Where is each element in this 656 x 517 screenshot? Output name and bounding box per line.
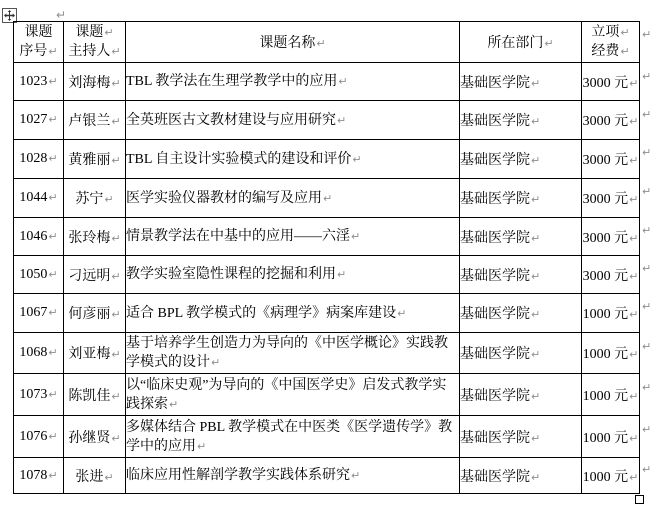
dept-value: 基础医学院	[460, 431, 530, 446]
leader-value: 黄雅丽	[68, 153, 110, 168]
header-fund[interactable]: 立项↵ 经费↵	[582, 22, 640, 63]
dept-value: 基础医学院	[460, 192, 530, 207]
row-end-marker-icon: ↵	[642, 423, 651, 436]
cell-fund[interactable]: 1000 元↵	[582, 458, 640, 494]
seq-value: 1067	[19, 305, 47, 320]
table-row: 1067↵ 何彦丽↵ 适合 BPL 教学模式的《病理学》病案库建设↵ 基础医学院…	[14, 294, 640, 333]
cell-leader[interactable]: 刘亚梅↵	[64, 333, 126, 374]
fund-value: 3000 元	[583, 114, 629, 129]
name-value: 医学实验仪器教材的编写及应用	[126, 191, 322, 206]
cell-fund[interactable]: 3000 元↵	[582, 256, 640, 294]
cell-dept[interactable]: 基础医学院↵	[460, 256, 582, 294]
cell-seq[interactable]: 1076↵	[14, 416, 64, 458]
dept-value: 基础医学院	[460, 114, 530, 129]
cell-name[interactable]: TBL 自主设计实验模式的建设和评价↵	[126, 140, 460, 179]
cell-end-marker-icon: ↵	[48, 268, 57, 281]
cell-fund[interactable]: 3000 元↵	[582, 218, 640, 256]
cell-end-marker-icon: ↵	[323, 192, 332, 205]
cell-end-marker-icon: ↵	[211, 356, 220, 369]
cell-name[interactable]: 多媒体结合 PBL 教学模式在中医类《医学遗传学》教学中的应用↵	[126, 416, 460, 458]
leader-value: 刘海梅	[68, 76, 110, 91]
seq-value: 1050	[19, 267, 47, 282]
header-seq-line2: 序号	[19, 44, 47, 59]
seq-value: 1023	[19, 74, 47, 89]
cell-fund[interactable]: 3000 元↵	[582, 179, 640, 218]
cell-end-marker-icon: ↵	[104, 193, 113, 206]
cell-seq[interactable]: 1050↵	[14, 256, 64, 294]
cell-dept[interactable]: 基础医学院↵	[460, 218, 582, 256]
fund-value: 3000 元	[583, 269, 629, 284]
fund-value: 1000 元	[583, 470, 629, 485]
cell-end-marker-icon: ↵	[48, 388, 57, 401]
leader-value: 卢银兰	[68, 114, 110, 129]
leader-value: 刁远明	[68, 269, 110, 284]
header-dept[interactable]: 所在部门↵	[460, 22, 582, 63]
cell-fund[interactable]: 1000 元↵	[582, 294, 640, 333]
header-leader-line2: 主持人	[68, 44, 110, 59]
cell-end-marker-icon: ↵	[48, 152, 57, 165]
cell-end-marker-icon: ↵	[48, 113, 57, 126]
name-value: TBL 自主设计实验模式的建设和评价	[126, 152, 351, 167]
cell-seq[interactable]: 1028↵	[14, 140, 64, 179]
seq-value: 1044	[19, 190, 47, 205]
table-row: 1073↵ 陈凯佳↵ 以“临床史观”为导向的《中国医学史》启发式教学实践探索↵ …	[14, 374, 640, 416]
cell-end-marker-icon: ↵	[531, 432, 540, 445]
cell-end-marker-icon: ↵	[352, 153, 361, 166]
table-header-row: 课题 序号↵ 课题↵ 主持人↵ 课题名称↵ 所在部门↵ 立项↵ 经费↵	[14, 22, 640, 63]
cell-end-marker-icon: ↵	[48, 430, 57, 443]
cell-leader[interactable]: 陈凯佳↵	[64, 374, 126, 416]
cell-name[interactable]: 全英班医古文教材建设与应用研究↵	[126, 101, 460, 140]
cell-end-marker-icon: ↵	[111, 270, 120, 283]
row-end-marker-icon: ↵	[642, 340, 651, 353]
cell-leader[interactable]: 黄雅丽↵	[64, 140, 126, 179]
move-arrows-icon	[4, 10, 15, 21]
dept-value: 基础医学院	[460, 307, 530, 322]
fund-value: 1000 元	[583, 431, 629, 446]
paragraph-mark-icon: ↵	[56, 8, 66, 22]
cell-seq[interactable]: 1068↵	[14, 333, 64, 374]
cell-dept[interactable]: 基础医学院↵	[460, 140, 582, 179]
cell-dept[interactable]: 基础医学院↵	[460, 294, 582, 333]
table-row: 1076↵ 孙继贤↵ 多媒体结合 PBL 教学模式在中医类《医学遗传学》教学中的…	[14, 416, 640, 458]
header-seq[interactable]: 课题 序号↵	[14, 22, 64, 63]
fund-value: 1000 元	[583, 389, 629, 404]
cell-end-marker-icon: ↵	[629, 193, 638, 206]
dept-value: 基础医学院	[460, 76, 530, 91]
cell-end-marker-icon: ↵	[338, 75, 347, 88]
cell-end-marker-icon: ↵	[169, 398, 178, 411]
fund-value: 3000 元	[583, 153, 629, 168]
row-end-marker-icon: ↵	[642, 262, 651, 275]
leader-value: 孙继贤	[68, 431, 110, 446]
cell-end-marker-icon: ↵	[629, 115, 638, 128]
fund-value: 3000 元	[583, 192, 629, 207]
dept-value: 基础医学院	[460, 231, 530, 246]
cell-end-marker-icon: ↵	[629, 77, 638, 90]
cell-dept[interactable]: 基础医学院↵	[460, 101, 582, 140]
cell-end-marker-icon: ↵	[531, 270, 540, 283]
cell-end-marker-icon: ↵	[629, 308, 638, 321]
leader-value: 何彦丽	[68, 307, 110, 322]
cell-end-marker-icon: ↵	[531, 154, 540, 167]
table-row: 1044↵ 苏宁↵ 医学实验仪器教材的编写及应用↵ 基础医学院↵ 3000 元↵	[14, 179, 640, 218]
document-page: ↵ 课题 序号↵ 课题↵ 主持人↵ 课题名称↵ 所在部门↵ 立项↵ 经费↵	[0, 0, 656, 517]
cell-end-marker-icon: ↵	[544, 37, 553, 50]
cell-end-marker-icon: ↵	[48, 191, 57, 204]
cell-end-marker-icon: ↵	[629, 232, 638, 245]
leader-value: 苏宁	[75, 192, 103, 207]
cell-seq[interactable]: 1046↵	[14, 218, 64, 256]
cell-end-marker-icon: ↵	[48, 346, 57, 359]
seq-value: 1068	[19, 345, 47, 360]
projects-table: 课题 序号↵ 课题↵ 主持人↵ 课题名称↵ 所在部门↵ 立项↵ 经费↵ 1023…	[13, 21, 640, 494]
cell-name[interactable]: 基于培养学生创造力为导向的《中医学概论》实践教学模式的设计↵	[126, 333, 460, 374]
row-end-marker-icon: ↵	[642, 300, 651, 313]
seq-value: 1027	[19, 112, 47, 127]
cell-end-marker-icon: ↵	[620, 26, 629, 39]
seq-value: 1076	[19, 429, 47, 444]
seq-value: 1073	[19, 387, 47, 402]
cell-dept[interactable]: 基础医学院↵	[460, 458, 582, 494]
fund-value: 3000 元	[583, 231, 629, 246]
name-value: 全英班医古文教材建设与应用研究	[126, 113, 336, 128]
cell-fund[interactable]: 3000 元↵	[582, 140, 640, 179]
cell-leader[interactable]: 张进↵	[64, 458, 126, 494]
cell-dept[interactable]: 基础医学院↵	[460, 333, 582, 374]
table-row: 1046↵ 张玲梅↵ 情景教学法在中基中的应用——六淫↵ 基础医学院↵ 3000…	[14, 218, 640, 256]
cell-end-marker-icon: ↵	[48, 45, 57, 58]
header-seq-line1: 课题	[25, 25, 53, 40]
row-end-marker-icon: ↵	[642, 108, 651, 121]
cell-end-marker-icon: ↵	[351, 469, 360, 482]
cell-end-marker-icon: ↵	[316, 37, 325, 50]
cell-end-marker-icon: ↵	[531, 348, 540, 361]
cell-end-marker-icon: ↵	[337, 114, 346, 127]
fund-value: 1000 元	[583, 347, 629, 362]
row-end-marker-icon: ↵	[642, 463, 651, 476]
cell-name[interactable]: 教学实验室隐性课程的挖掘和利用↵	[126, 256, 460, 294]
table-resize-handle[interactable]	[635, 495, 644, 504]
dept-value: 基础医学院	[460, 269, 530, 284]
cell-seq[interactable]: 1027↵	[14, 101, 64, 140]
cell-leader[interactable]: 刁远明↵	[64, 256, 126, 294]
cell-end-marker-icon: ↵	[111, 232, 120, 245]
cell-end-marker-icon: ↵	[111, 348, 120, 361]
cell-end-marker-icon: ↵	[111, 308, 120, 321]
row-end-marker-icon: ↵	[642, 70, 651, 83]
table-row: 1068↵ 刘亚梅↵ 基于培养学生创造力为导向的《中医学概论》实践教学模式的设计…	[14, 333, 640, 374]
name-value: 适合 BPL 教学模式的《病理学》病案库建设	[126, 306, 396, 321]
table-row: 1078↵ 张进↵ 临床应用性解剖学教学实践体系研究↵ 基础医学院↵ 1000 …	[14, 458, 640, 494]
cell-end-marker-icon: ↵	[111, 154, 120, 167]
cell-end-marker-icon: ↵	[48, 469, 57, 482]
dept-value: 基础医学院	[460, 389, 530, 404]
cell-end-marker-icon: ↵	[111, 77, 120, 90]
name-value: 情景教学法在中基中的应用——六淫	[126, 229, 350, 244]
row-end-marker-icon: ↵	[642, 146, 651, 159]
leader-value: 刘亚梅	[68, 347, 110, 362]
header-fund-line1: 立项	[591, 25, 619, 40]
cell-end-marker-icon: ↵	[629, 471, 638, 484]
cell-end-marker-icon: ↵	[111, 432, 120, 445]
cell-end-marker-icon: ↵	[351, 230, 360, 243]
cell-end-marker-icon: ↵	[111, 45, 120, 58]
name-value: 多媒体结合 PBL 教学模式在中医类《医学遗传学》教学中的应用	[126, 420, 452, 454]
cell-dept[interactable]: 基础医学院↵	[460, 179, 582, 218]
cell-name[interactable]: 适合 BPL 教学模式的《病理学》病案库建设↵	[126, 294, 460, 333]
header-leader-line1: 课题	[75, 25, 103, 40]
cell-fund[interactable]: 1000 元↵	[582, 374, 640, 416]
header-name[interactable]: 课题名称↵	[126, 22, 460, 63]
name-value: TBL 教学法在生理学教学中的应用	[126, 74, 337, 89]
header-leader[interactable]: 课题↵ 主持人↵	[64, 22, 126, 63]
cell-leader[interactable]: 孙继贤↵	[64, 416, 126, 458]
cell-leader[interactable]: 何彦丽↵	[64, 294, 126, 333]
name-value: 教学实验室隐性课程的挖掘和利用	[126, 267, 336, 282]
cell-fund[interactable]: 3000 元↵	[582, 63, 640, 101]
cell-leader[interactable]: 刘海梅↵	[64, 63, 126, 101]
cell-end-marker-icon: ↵	[531, 115, 540, 128]
cell-end-marker-icon: ↵	[531, 308, 540, 321]
cell-dept[interactable]: 基础医学院↵	[460, 416, 582, 458]
table-row: 1027↵ 卢银兰↵ 全英班医古文教材建设与应用研究↵ 基础医学院↵ 3000 …	[14, 101, 640, 140]
cell-end-marker-icon: ↵	[48, 306, 57, 319]
dept-value: 基础医学院	[460, 470, 530, 485]
cell-seq[interactable]: 1067↵	[14, 294, 64, 333]
cell-end-marker-icon: ↵	[531, 232, 540, 245]
cell-end-marker-icon: ↵	[629, 348, 638, 361]
cell-end-marker-icon: ↵	[104, 471, 113, 484]
seq-value: 1028	[19, 151, 47, 166]
cell-end-marker-icon: ↵	[48, 75, 57, 88]
name-value: 基于培养学生创造力为导向的《中医学概论》实践教学模式的设计	[126, 336, 448, 370]
dept-value: 基础医学院	[460, 347, 530, 362]
leader-value: 陈凯佳	[68, 389, 110, 404]
header-fund-line2: 经费	[591, 44, 619, 59]
cell-seq[interactable]: 1044↵	[14, 179, 64, 218]
cell-name[interactable]: 临床应用性解剖学教学实践体系研究↵	[126, 458, 460, 494]
table-row: 1050↵ 刁远明↵ 教学实验室隐性课程的挖掘和利用↵ 基础医学院↵ 3000 …	[14, 256, 640, 294]
cell-end-marker-icon: ↵	[104, 26, 113, 39]
cell-end-marker-icon: ↵	[531, 471, 540, 484]
cell-seq[interactable]: 1073↵	[14, 374, 64, 416]
leader-value: 张进	[75, 470, 103, 485]
row-end-marker-icon: ↵	[642, 381, 651, 394]
name-value: 临床应用性解剖学教学实践体系研究	[126, 468, 350, 483]
cell-end-marker-icon: ↵	[620, 45, 629, 58]
cell-fund[interactable]: 1000 元↵	[582, 333, 640, 374]
cell-end-marker-icon: ↵	[397, 307, 406, 320]
cell-leader[interactable]: 苏宁↵	[64, 179, 126, 218]
cell-end-marker-icon: ↵	[531, 193, 540, 206]
cell-name[interactable]: 以“临床史观”为导向的《中国医学史》启发式教学实践探索↵	[126, 374, 460, 416]
header-name-label: 课题名称	[259, 36, 315, 51]
cell-dept[interactable]: 基础医学院↵	[460, 63, 582, 101]
cell-end-marker-icon: ↵	[629, 390, 638, 403]
cell-seq[interactable]: 1078↵	[14, 458, 64, 494]
cell-end-marker-icon: ↵	[197, 440, 206, 453]
header-dept-label: 所在部门	[487, 36, 543, 51]
seq-value: 1078	[19, 468, 47, 483]
row-end-marker-icon: ↵	[642, 224, 651, 237]
cell-leader[interactable]: 张玲梅↵	[64, 218, 126, 256]
cell-leader[interactable]: 卢银兰↵	[64, 101, 126, 140]
cell-end-marker-icon: ↵	[531, 390, 540, 403]
cell-end-marker-icon: ↵	[629, 154, 638, 167]
cell-name[interactable]: 医学实验仪器教材的编写及应用↵	[126, 179, 460, 218]
cell-end-marker-icon: ↵	[531, 77, 540, 90]
cell-name[interactable]: TBL 教学法在生理学教学中的应用↵	[126, 63, 460, 101]
cell-fund[interactable]: 1000 元↵	[582, 416, 640, 458]
leader-value: 张玲梅	[68, 231, 110, 246]
cell-end-marker-icon: ↵	[111, 115, 120, 128]
cell-end-marker-icon: ↵	[629, 432, 638, 445]
cell-dept[interactable]: 基础医学院↵	[460, 374, 582, 416]
cell-seq[interactable]: 1023↵	[14, 63, 64, 101]
cell-fund[interactable]: 3000 元↵	[582, 101, 640, 140]
cell-end-marker-icon: ↵	[111, 390, 120, 403]
row-end-marker-icon: ↵	[642, 185, 651, 198]
dept-value: 基础医学院	[460, 153, 530, 168]
cell-end-marker-icon: ↵	[629, 270, 638, 283]
row-end-marker-icon: ↵	[642, 28, 651, 41]
table-row: 1028↵ 黄雅丽↵ TBL 自主设计实验模式的建设和评价↵ 基础医学院↵ 30…	[14, 140, 640, 179]
cell-end-marker-icon: ↵	[48, 230, 57, 243]
fund-value: 3000 元	[583, 76, 629, 91]
fund-value: 1000 元	[583, 307, 629, 322]
cell-name[interactable]: 情景教学法在中基中的应用——六淫↵	[126, 218, 460, 256]
seq-value: 1046	[19, 229, 47, 244]
cell-end-marker-icon: ↵	[337, 268, 346, 281]
table-row: 1023↵ 刘海梅↵ TBL 教学法在生理学教学中的应用↵ 基础医学院↵ 300…	[14, 63, 640, 101]
